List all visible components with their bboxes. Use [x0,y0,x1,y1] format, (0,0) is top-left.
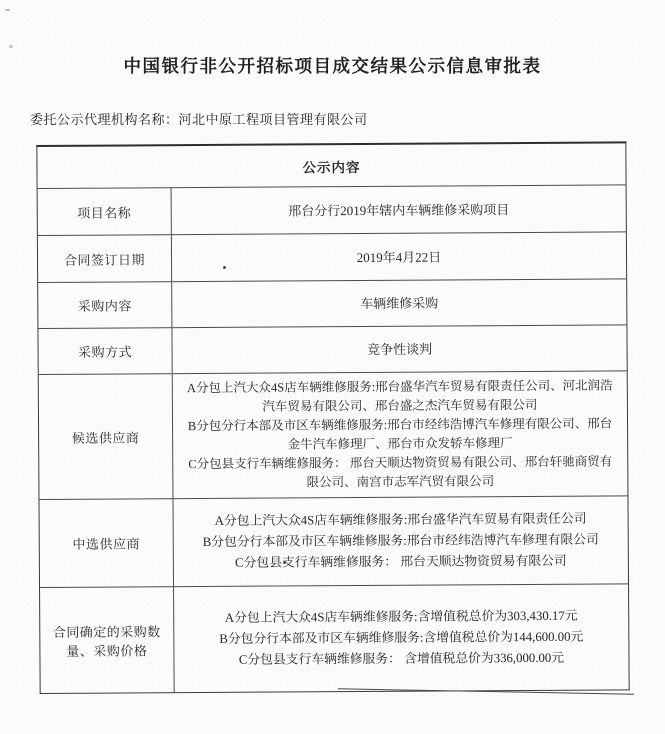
agency-value: 河北中原工程项目管理有限公司 [179,112,368,127]
row-value-line: 邢台分行2019年辖内车辆维修采购项目 [184,198,614,222]
table-header-title: 公示内容 [37,143,625,188]
row-value: A分包上汽大众4S店车辆维修服务:含增值税总价为303,430.17元 B分包分… [174,584,629,692]
row-label: 合同确定的采购数量、采购价格 [40,587,175,693]
table-row-procurement-content: 采购内容 车辆维修采购 [38,278,626,328]
agency-line: 委托公示代理机构名称：河北中原工程项目管理有限公司 [30,109,665,128]
row-value-line: C分包县支行车辆维修服务： 邢台天顺达物资贸易有限公司 [186,550,616,574]
row-value: A分包上汽大众4S店车辆维修服务:邢台盛华汽车贸易有限责任公司 B分包分行本部及… [173,496,628,586]
table-row-quantity-price: 合同确定的采购数量、采购价格 A分包上汽大众4S店车辆维修服务:含增值税总价为3… [40,583,629,693]
row-value-line: C分包县支行车辆维修服务： 含增值税总价为336,000.00元 [186,647,616,671]
row-value-line: A分包上汽大众4S店车辆维修服务:邢台盛华汽车贸易有限责任公司、河北润浩汽车贸易… [185,376,615,417]
row-value-line: B分包分行本部及市区车辆维修服务:邢台市经纬浩博汽车修理有限公司 [186,529,616,553]
row-value-line: A分包上汽大众4S店车辆维修服务:邢台盛华汽车贸易有限责任公司 [186,508,616,532]
row-label: 采购方式 [38,328,172,374]
row-label: 中选供应商 [39,499,174,587]
row-value-line: B分包分行本部及市区车辆维修服务:邢台市经纬浩博汽车修理有限公司、邢台金牛汽车修… [185,414,615,455]
scanned-document-page: 中国银行非公开招标项目成交结果公示信息审批表 委托公示代理机构名称：河北中原工程… [0,0,665,734]
row-label: 采购内容 [38,282,172,328]
table-header-row: 公示内容 [37,143,625,188]
row-value: A分包上汽大众4S店车辆维修服务:邢台盛华汽车贸易有限责任公司、河北润浩汽车贸易… [173,371,628,498]
row-label: 候选供应商 [39,374,174,499]
row-value-line: B分包分行本部及市区车辆维修服务:含增值税总价为144,600.00元 [186,626,616,650]
row-value-line: 车辆维修采购 [184,291,614,315]
row-value-line: 2019年4月22日 [184,245,614,269]
table-row-contract-date: 合同签订日期 2019年4月22日 [38,231,626,282]
table-row-candidate-suppliers: 候选供应商 A分包上汽大众4S店车辆维修服务:邢台盛华汽车贸易有限责任公司、河北… [39,370,628,499]
row-value: 竞争性谈判 [172,325,626,373]
publicity-table: 公示内容 项目名称 邢台分行2019年辖内车辆维修采购项目 合同签订日期 201… [36,141,629,694]
table-row-project-name: 项目名称 邢台分行2019年辖内车辆维修采购项目 [38,184,626,235]
table-row-procurement-method: 采购方式 竞争性谈判 [38,324,626,374]
row-value: 邢台分行2019年辖内车辆维修采购项目 [172,185,626,234]
document-title: 中国银行非公开招标项目成交结果公示信息审批表 [0,0,665,78]
table-row-selected-suppliers: 中选供应商 A分包上汽大众4S店车辆维修服务:邢台盛华汽车贸易有限责任公司 B分… [39,495,628,587]
row-value-line: 竞争性谈判 [185,337,615,361]
row-value-line: C分包县支行车辆维修服务： 邢台天顺达物资贸易有限公司、邢台轩驰商贸有限公司、南… [185,452,615,493]
row-value-line: A分包上汽大众4S店车辆维修服务:含增值税总价为303,430.17元 [186,605,616,629]
row-value: 车辆维修采购 [172,279,626,327]
row-label: 合同签订日期 [38,235,172,282]
agency-label: 委托公示代理机构名称： [30,112,179,127]
row-value: 2019年4月22日 [172,232,626,281]
row-label: 项目名称 [38,188,172,235]
